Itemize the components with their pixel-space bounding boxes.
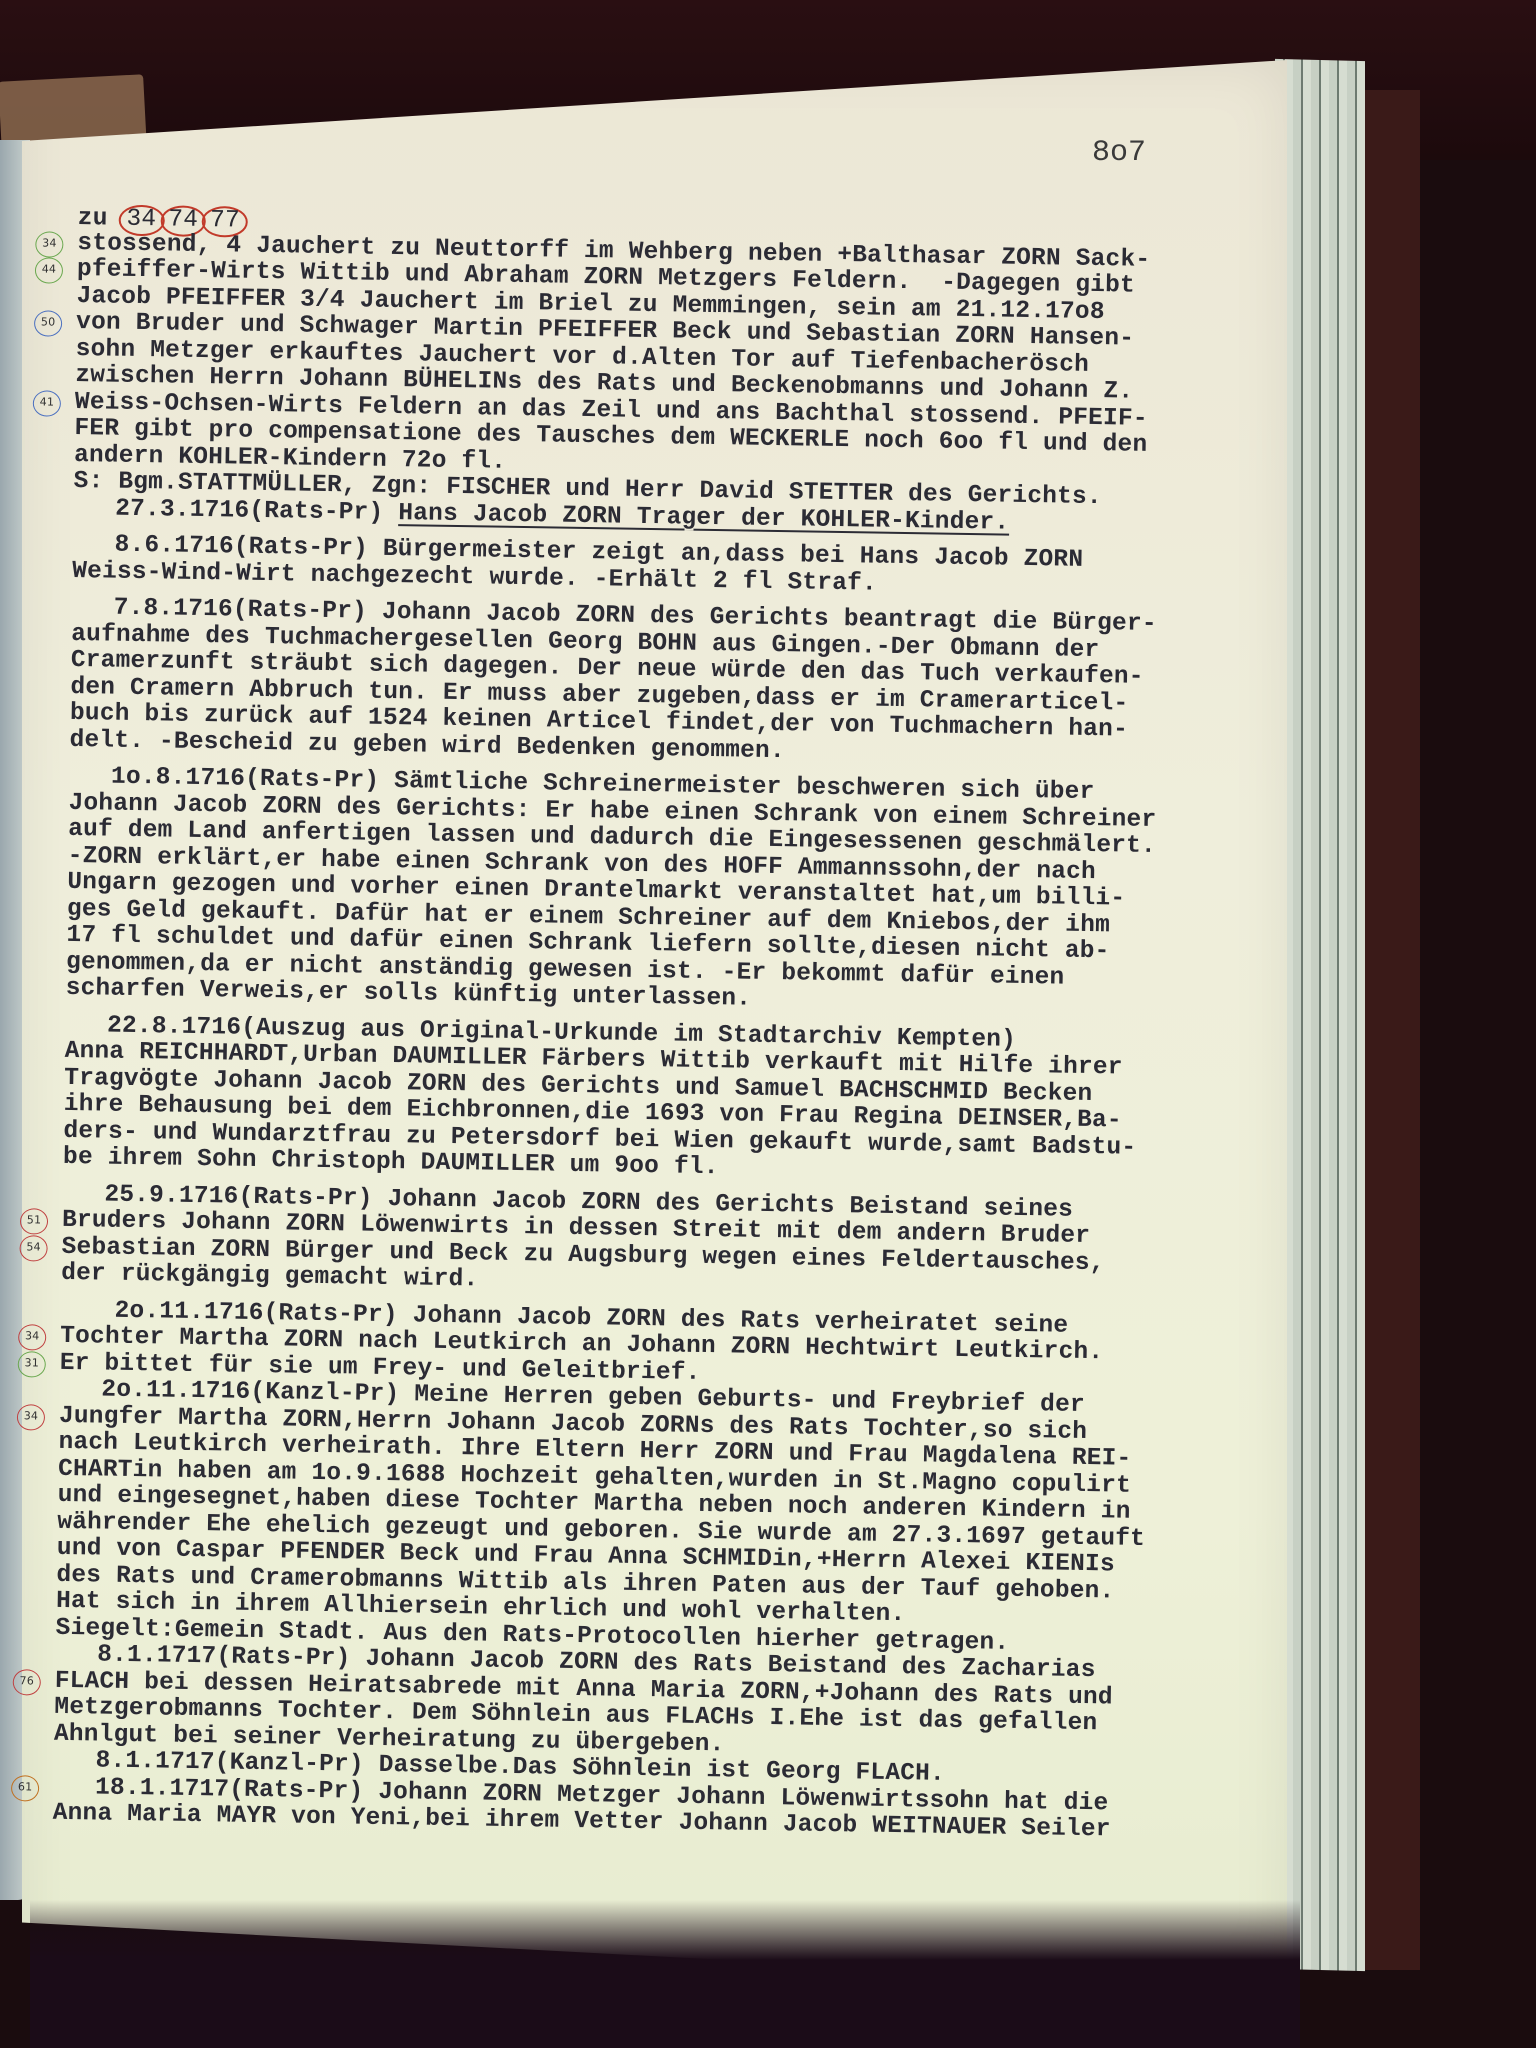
margin-mark: 61 [11,1775,39,1801]
bottom-shadow [30,1900,1300,2048]
margin-mark: 31 [18,1351,46,1377]
entry-date: 27.3.1716(Rats-Pr) [115,495,384,526]
page-number: 8o7 [1092,136,1146,170]
margin-mark: 41 [33,390,61,416]
book-cover [1360,90,1420,1970]
margin-mark: 34 [17,1404,45,1430]
entry-date: 1o.8.1716(Rats-Pr) [111,764,380,795]
page-edges [1275,59,1365,1971]
typewritten-text: zu 347477 34stossend, 4 Jauchert zu Neut… [52,204,1277,1846]
entry-date: 7.8.1716(Rats-Pr) [113,595,367,626]
margin-mark: 34 [35,231,63,257]
entry-date: 8.6.1716(Rats-Pr) [114,532,368,563]
margin-mark: 76 [13,1669,41,1695]
header-prefix: zu [78,205,108,232]
margin-mark: 54 [19,1235,47,1261]
